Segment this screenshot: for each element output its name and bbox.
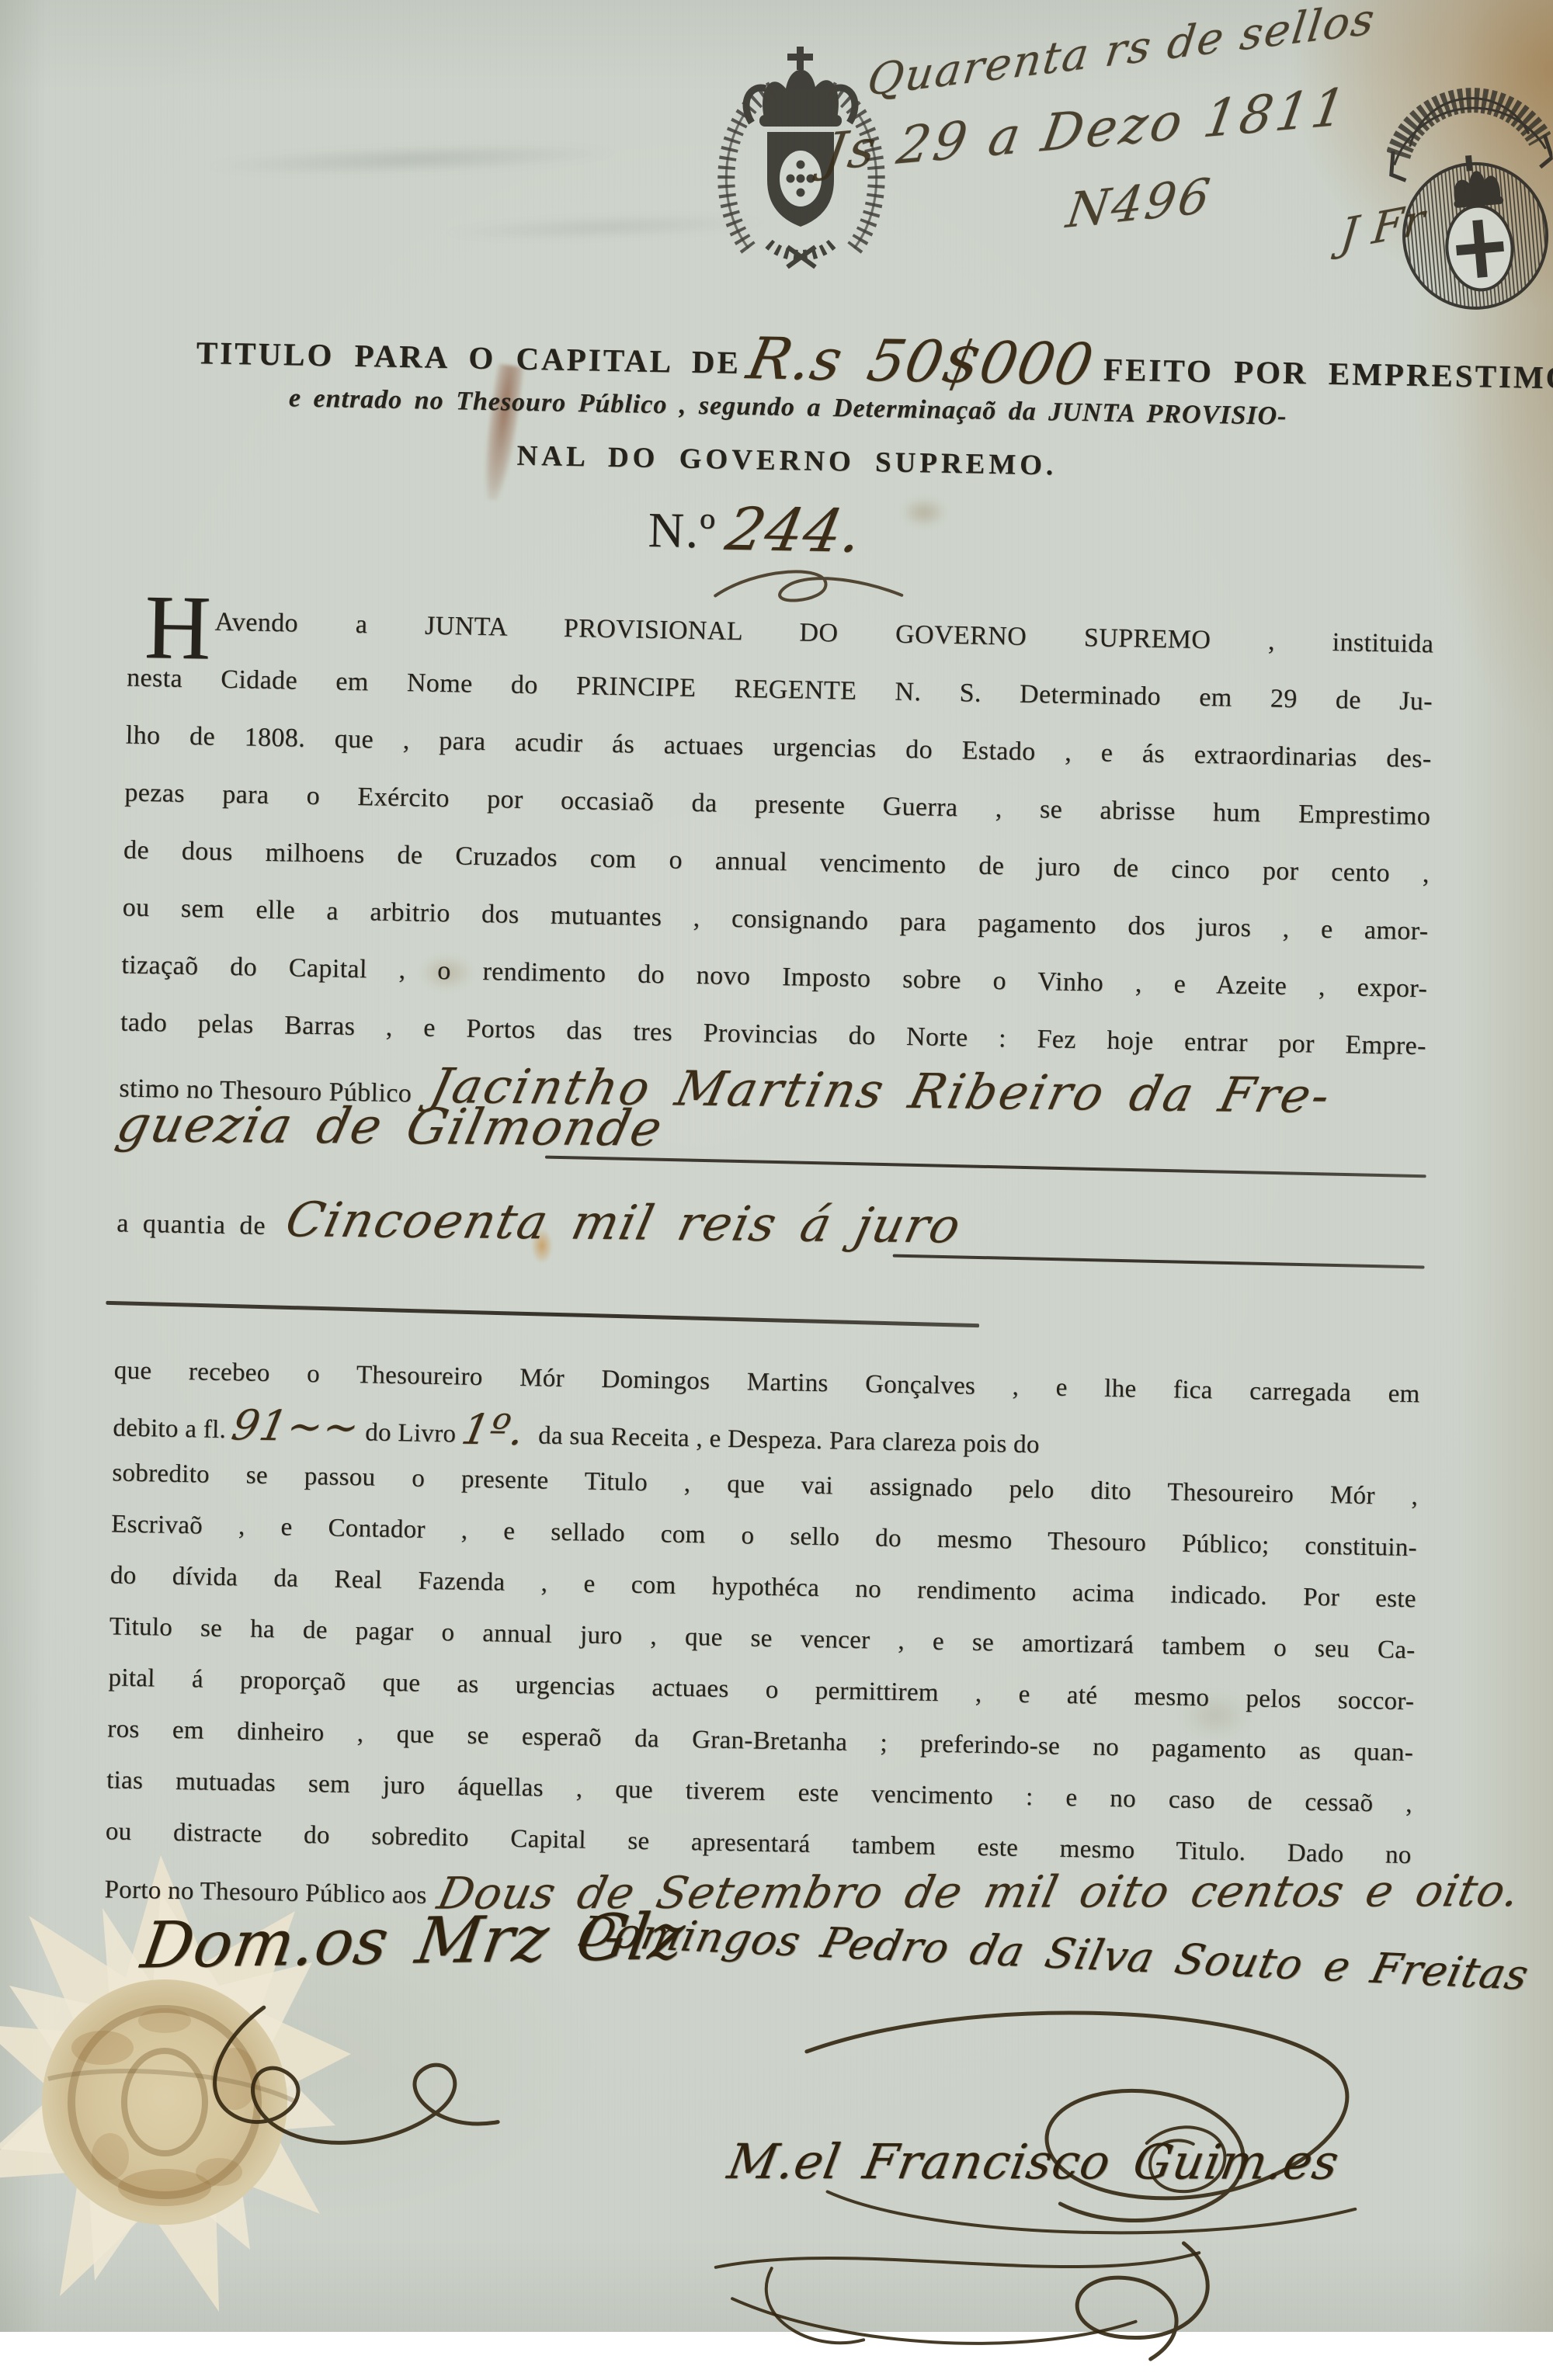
paragraph-2: que recebeo o Thesoureiro Mór Domingos M… <box>104 1344 1420 1932</box>
document-content: TITULO PARA O CAPITAL DE R.s 50$000 FEIT… <box>0 0 1553 2332</box>
title-text-right: FEITO POR EMPRESTIMO , <box>1103 351 1553 397</box>
book-number-handwritten: 1º. <box>457 1404 530 1456</box>
parish-handwritten: guezia de Gilmonde <box>112 1096 669 1157</box>
ruled-line <box>893 1254 1425 1269</box>
amount-line: a quantia de Cincoenta mil reis á juro <box>116 1186 961 1258</box>
document-number-label: N.º <box>648 501 717 560</box>
signature-accountant: M.el Francisco Guim.es <box>728 2133 1338 2191</box>
folio-number-handwritten: 91∼∼ <box>228 1400 364 1453</box>
signature-flourish-icon <box>186 1992 523 2181</box>
signature-text: M.el Francisco Guim.es <box>724 2133 1343 2191</box>
ruled-line <box>545 1156 1426 1178</box>
document-number-value: 244. <box>721 494 869 566</box>
section-divider <box>106 1301 979 1327</box>
parish-line: guezia de Gilmonde <box>118 1093 662 1161</box>
title-amount-handwritten: R.s 50$000 <box>742 325 1100 398</box>
dropcap-h: H <box>144 581 211 675</box>
document-number: N.º 244. <box>648 491 863 564</box>
signature-flourish-icon <box>700 2220 1246 2332</box>
paragraph-1: H Avendo a JUNTA PROVISIONAL DO GOVERNO … <box>119 592 1434 1133</box>
document-page: Quarenta rs de sellos Js 29 a Dezo 1811 … <box>0 0 1553 2332</box>
title-text-left: TITULO PARA O CAPITAL DE <box>196 334 741 381</box>
subtitle-line-2: NAL DO GOVERNO SUPREMO. <box>130 432 1444 490</box>
large-flourish-icon <box>780 2004 1398 2260</box>
amount-handwritten: Cincoenta mil reis á juro <box>281 1191 968 1254</box>
amount-label: a quantia de <box>116 1209 266 1241</box>
